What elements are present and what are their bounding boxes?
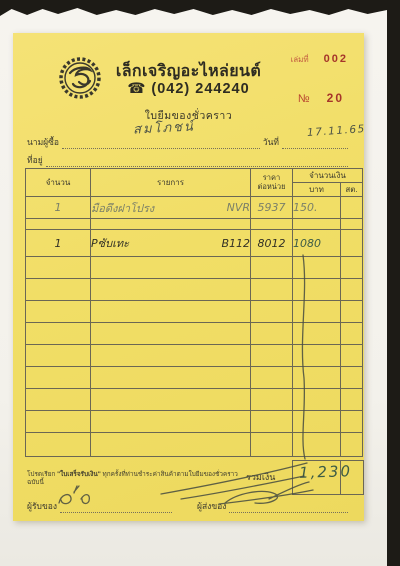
baht-amount-cell (293, 323, 341, 345)
receipt-footnote: โปรดเรียก "ใบเสร็จรับเงิน" ทุกครั้งที่ท่… (27, 471, 239, 487)
item-description: Pซับเทะ (91, 234, 129, 252)
baht-amount-cell: 150. (293, 197, 341, 219)
yellow-slip: เล็กเจริญอะไหล่ยนต์ ☎ (042) 244240 ใบยืม… (13, 33, 364, 521)
qty-cell (26, 389, 91, 411)
baht-amount-cell (293, 257, 341, 279)
unit-price-cell (251, 389, 293, 411)
col-header-baht: บาท (293, 183, 341, 197)
phone-icon: ☎ (127, 81, 146, 97)
baht-amount-cell (293, 411, 341, 433)
sender-label: ผู้ส่งของ (197, 499, 226, 513)
description-cell (91, 367, 251, 389)
baht-amount-cell: 1080 (293, 230, 341, 257)
items-table: จำนวน รายการ ราคา ต่อหน่วย จำนวนเงิน บาท… (25, 168, 363, 457)
satang-cell (341, 367, 363, 389)
unit-price-cell (251, 433, 293, 457)
item-code: B112 (221, 237, 250, 250)
satang-cell (341, 389, 363, 411)
total-label: รวมเงิน (246, 470, 275, 484)
unit-price-cell (251, 323, 293, 345)
qty-cell (26, 323, 91, 345)
unit-price-cell (251, 257, 293, 279)
receiver-label: ผู้รับของ (27, 499, 57, 513)
buyer-line (62, 138, 260, 149)
unit-price-cell: 8012 (251, 230, 293, 257)
description-cell: PซับเทะB112 (91, 230, 251, 257)
table-row (26, 433, 363, 457)
qty-cell (26, 367, 91, 389)
description-cell (91, 389, 251, 411)
col-header-qty: จำนวน (26, 169, 91, 197)
qty-cell (26, 411, 91, 433)
unit-price-cell (251, 301, 293, 323)
address-label: ที่อยู่ (27, 153, 43, 167)
baht-amount-cell (293, 279, 341, 301)
table-row (26, 323, 363, 345)
table-row: 1มือดึงฝาโปรงNVR5937150. (26, 197, 363, 219)
doc-number-label: № (298, 93, 310, 105)
satang-cell (341, 345, 363, 367)
table-row (26, 257, 363, 279)
date-label: วันที่ (263, 135, 279, 149)
book-number-value: 002 (324, 53, 348, 65)
baht-amount-cell (293, 301, 341, 323)
col-header-satang: สต. (341, 183, 363, 197)
col-header-amount: จำนวนเงิน (293, 169, 363, 183)
item-code: NVR (227, 201, 250, 214)
qty-cell (26, 301, 91, 323)
col-header-item: รายการ (91, 169, 251, 197)
unit-price-cell (251, 219, 293, 230)
doc-number-value: 20 (327, 91, 344, 105)
buyer-label: นามผู้ซื้อ (27, 135, 59, 149)
satang-cell (341, 323, 363, 345)
description-cell (91, 411, 251, 433)
satang-cell (341, 411, 363, 433)
satang-cell (341, 230, 363, 257)
qty-cell (26, 345, 91, 367)
buyer-handwritten: สมโภชน์ (132, 115, 195, 139)
table-row (26, 389, 363, 411)
description-cell (91, 323, 251, 345)
description-cell (91, 257, 251, 279)
table-row (26, 301, 363, 323)
item-description: มือดึงฝาโปรง (91, 199, 154, 217)
table-row (26, 411, 363, 433)
date-handwritten: 17.11.65 (307, 123, 366, 139)
baht-amount-cell (293, 219, 341, 230)
baht-amount-cell (293, 367, 341, 389)
table-row (26, 279, 363, 301)
description-cell (91, 345, 251, 367)
description-cell (91, 219, 251, 230)
satang-cell (341, 197, 363, 219)
baht-amount-cell (293, 433, 341, 457)
address-line (46, 156, 348, 167)
table-row: 1PซับเทะB11280121080 (26, 230, 363, 257)
book-number-label: เล่มที่ (290, 53, 308, 66)
qty-cell (26, 433, 91, 457)
satang-cell (341, 279, 363, 301)
book-number-stamp: เล่มที่ 002 (290, 53, 348, 66)
unit-price-cell (251, 279, 293, 301)
buyer-date-row: นามผู้ซื้อ วันที่ (27, 135, 351, 149)
description-cell (91, 279, 251, 301)
unit-price-cell (251, 411, 293, 433)
address-row: ที่อยู่ (27, 153, 351, 167)
receiver-signature-line (60, 502, 172, 513)
phone-number: (042) 244240 (151, 81, 249, 97)
baht-amount-cell (293, 389, 341, 411)
signature-row: ผู้รับของ ผู้ส่งของ (27, 499, 351, 513)
doc-number-stamp: № 20 (298, 91, 344, 105)
table-row (26, 345, 363, 367)
table-row (26, 219, 363, 230)
qty-cell: 1 (26, 230, 91, 257)
satang-cell (341, 433, 363, 457)
qty-cell (26, 257, 91, 279)
qty-cell (26, 279, 91, 301)
description-cell (91, 301, 251, 323)
satang-cell (341, 257, 363, 279)
date-line (282, 138, 348, 149)
description-cell: มือดึงฝาโปรงNVR (91, 197, 251, 219)
description-cell (91, 433, 251, 457)
sender-signature-line (229, 502, 348, 513)
unit-price-cell: 5937 (251, 197, 293, 219)
total-handwritten: 1,230 (299, 462, 353, 482)
items-tbody: 1มือดึงฝาโปรงNVR5937150.1PซับเทะB1128012… (26, 197, 363, 457)
qty-cell (26, 219, 91, 230)
unit-price-cell (251, 345, 293, 367)
scanned-receipt: เล็กเจริญอะไหล่ยนต์ ☎ (042) 244240 ใบยืม… (0, 0, 400, 566)
col-header-unit-price: ราคา ต่อหน่วย (251, 169, 293, 197)
satang-cell (341, 219, 363, 230)
unit-price-cell (251, 367, 293, 389)
table-row (26, 367, 363, 389)
qty-cell: 1 (26, 197, 91, 219)
baht-amount-cell (293, 345, 341, 367)
satang-cell (341, 301, 363, 323)
